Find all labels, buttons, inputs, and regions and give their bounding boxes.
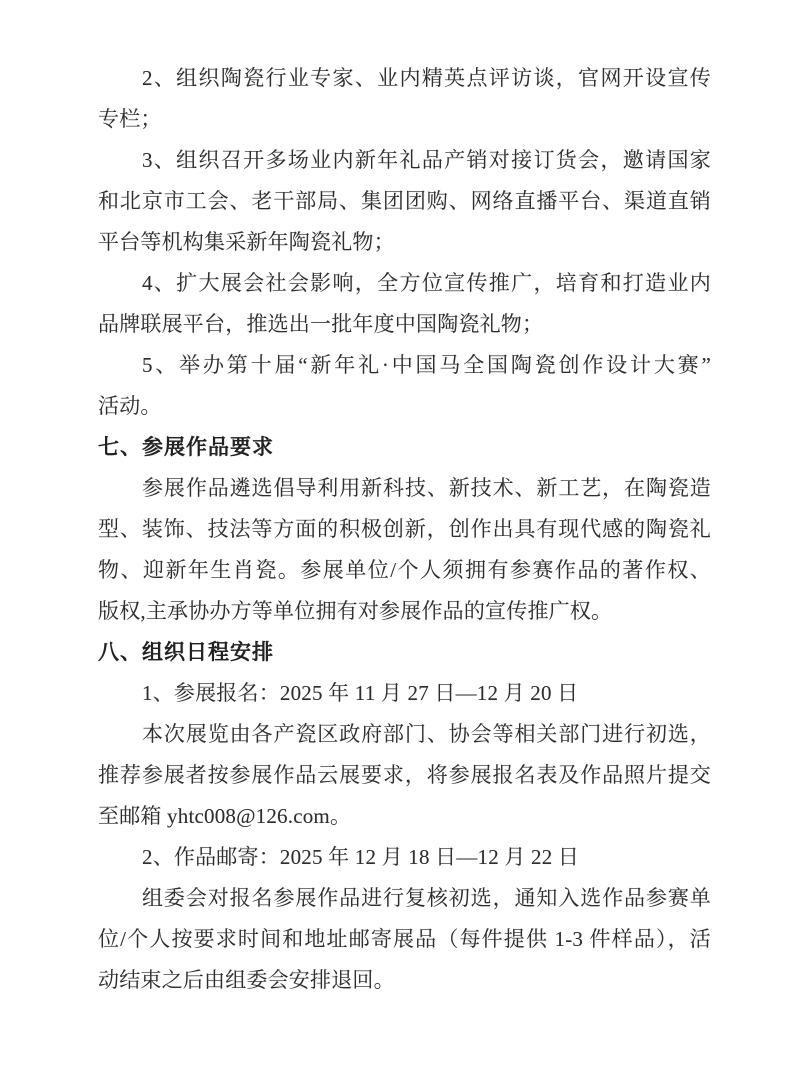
text-line: 平台等机构集采新年陶瓷礼物； [98, 222, 711, 263]
text-line: 2、作品邮寄：2025 年 12 月 18 日—12 月 22 日 [98, 837, 711, 878]
text-line: 位/个人按要求时间和地址邮寄展品（每件提供 1-3 件样品），活 [98, 919, 711, 960]
text-line: 品牌联展平台，推选出一批年度中国陶瓷礼物； [98, 304, 711, 345]
text-line: 1、参展报名：2025 年 11 月 27 日—12 月 20 日 [98, 673, 711, 714]
document-body: 2、组织陶瓷行业专家、业内精英点评访谈，官网开设宣传专栏；3、组织召开多场业内新… [98, 58, 711, 1001]
section-heading: 七、参展作品要求 [98, 427, 711, 468]
text-line: 至邮箱 yhtc008@126.com。 [98, 796, 711, 837]
text-line: 物、迎新年生肖瓷。参展单位/个人须拥有参赛作品的著作权、 [98, 550, 711, 591]
document-page: 2、组织陶瓷行业专家、业内精英点评访谈，官网开设宣传专栏；3、组织召开多场业内新… [0, 0, 800, 1066]
text-line: 推荐参展者按参展作品云展要求，将参展报名表及作品照片提交 [98, 755, 711, 796]
text-line: 本次展览由各产瓷区政府部门、协会等相关部门进行初选， [98, 714, 711, 755]
text-line: 动结束之后由组委会安排退回。 [98, 960, 711, 1001]
text-line: 组委会对报名参展作品进行复核初选，通知入选作品参赛单 [98, 878, 711, 919]
text-line: 5、举办第十届“新年礼·中国马全国陶瓷创作设计大赛” [98, 345, 711, 386]
text-line: 参展作品遴选倡导利用新科技、新技术、新工艺，在陶瓷造 [98, 468, 711, 509]
text-line: 专栏； [98, 99, 711, 140]
text-line: 型、装饰、技法等方面的积极创新，创作出具有现代感的陶瓷礼 [98, 509, 711, 550]
text-line: 和北京市工会、老干部局、集团团购、网络直播平台、渠道直销 [98, 181, 711, 222]
section-heading: 八、组织日程安排 [98, 632, 711, 673]
text-line: 3、组织召开多场业内新年礼品产销对接订货会，邀请国家 [98, 140, 711, 181]
text-line: 2、组织陶瓷行业专家、业内精英点评访谈，官网开设宣传 [98, 58, 711, 99]
text-line: 版权,主承协办方等单位拥有对参展作品的宣传推广权。 [98, 591, 711, 632]
text-line: 活动。 [98, 386, 711, 427]
text-line: 4、扩大展会社会影响，全方位宣传推广，培育和打造业内 [98, 263, 711, 304]
